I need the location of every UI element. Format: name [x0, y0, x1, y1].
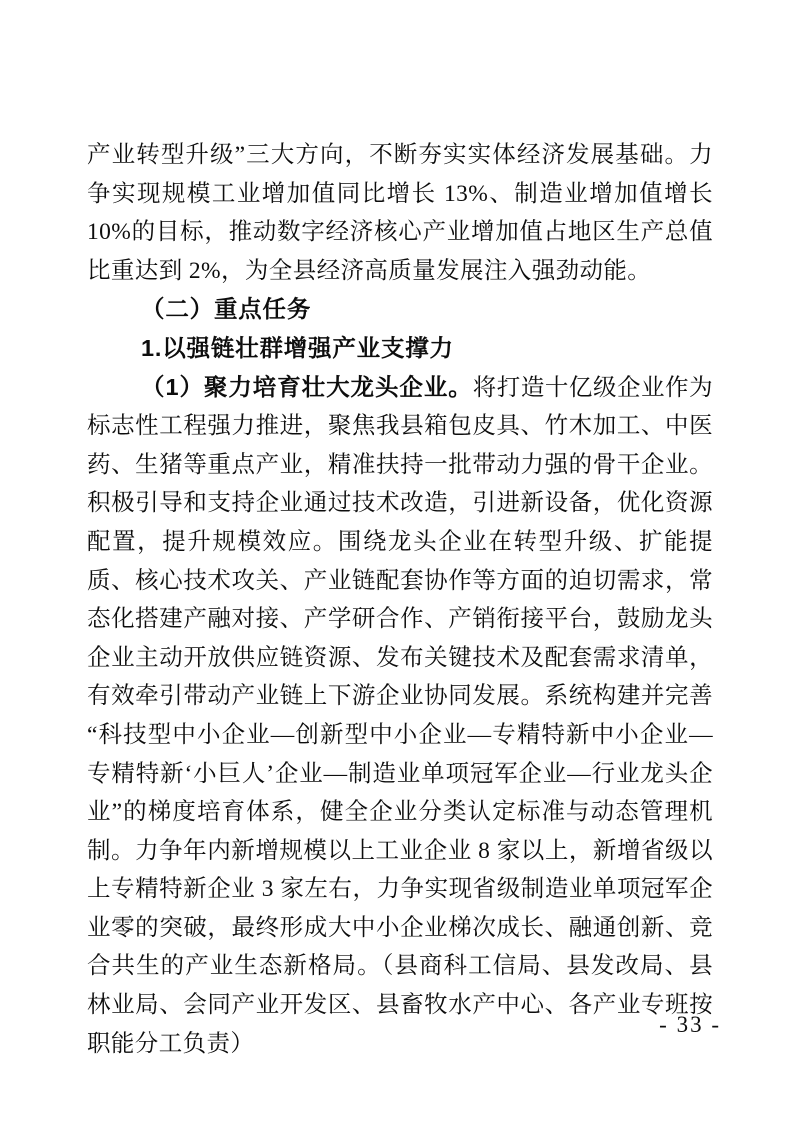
paragraph-goal-continuation: 产业转型升级”三大方向，不断夯实实体经济发展基础。力争实现规模工业增加值同比增长…: [87, 136, 713, 290]
document-page: 产业转型升级”三大方向，不断夯实实体经济发展基础。力争实现规模工业增加值同比增长…: [0, 0, 793, 1122]
task-1-lead-title: （1）聚力培育壮大龙头企业。: [141, 374, 473, 400]
section-heading-key-tasks: （二）重点任务: [87, 290, 713, 329]
paragraph-task-1: （1）聚力培育壮大龙头企业。将打造十亿级企业作为标志性工程强力推进，聚焦我县箱包…: [87, 368, 713, 1064]
document-body: 产业转型升级”三大方向，不断夯实实体经济发展基础。力争实现规模工业增加值同比增长…: [87, 136, 713, 1063]
subsection-heading-industry-chain: 1.以强链壮群增强产业支撑力: [87, 329, 713, 368]
page-number: - 33 -: [659, 1010, 721, 1040]
task-1-body-text: 将打造十亿级企业作为标志性工程强力推进，聚焦我县箱包皮具、竹木加工、中医药、生猪…: [87, 375, 713, 1057]
